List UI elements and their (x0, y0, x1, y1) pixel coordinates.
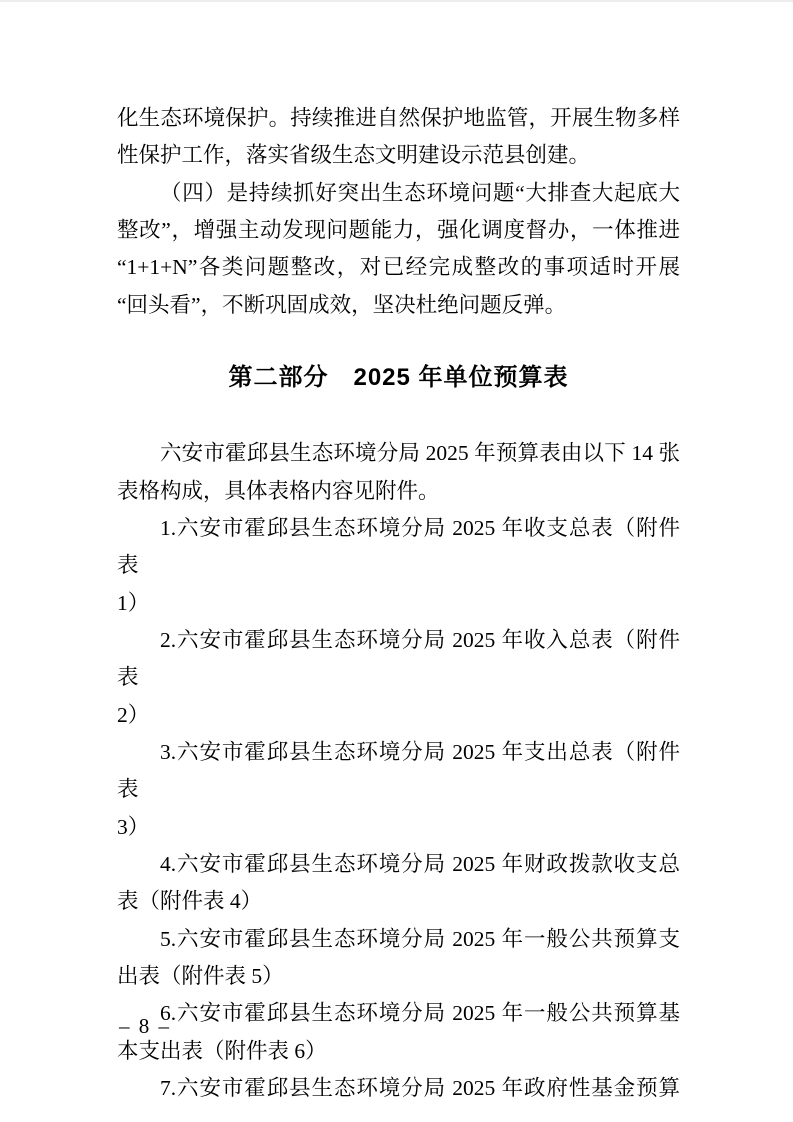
paragraph-line: 化生态环境保护。持续推进自然保护地监管，开展生物多样 (117, 100, 680, 137)
budget-table-list-item: 2.六安市霍邱县生态环境分局 2025 年收入总表（附件表 2） (117, 622, 680, 734)
list-item-line: 2.六安市霍邱县生态环境分局 2025 年收入总表（附件表 (117, 622, 680, 697)
section-heading: 第二部分 2025 年单位预算表 (117, 359, 680, 396)
paragraph-line: 性保护工作，落实省级生态文明建设示范县创建。 (117, 137, 680, 174)
budget-table-list-item: 4.六安市霍邱县生态环境分局 2025 年财政拨款收支总 表（附件表 4） (117, 846, 680, 921)
list-item-line: 1.六安市霍邱县生态环境分局 2025 年收支总表（附件表 (117, 510, 680, 585)
paragraph-line: 六安市霍邱县生态环境分局 2025 年预算表由以下 14 张 (117, 435, 680, 472)
budget-table-list-item: 7.六安市霍邱县生态环境分局 2025 年政府性基金预算 (117, 1070, 680, 1107)
list-item-line: 3.六安市霍邱县生态环境分局 2025 年支出总表（附件表 (117, 734, 680, 809)
budget-table-list-item: 5.六安市霍邱县生态环境分局 2025 年一般公共预算支 出表（附件表 5） (117, 921, 680, 996)
paragraph-line: “回头看”，不断巩固成效，坚决杜绝问题反弹。 (117, 287, 680, 324)
list-item-line: 本支出表（附件表 6） (117, 1033, 680, 1070)
list-item-line: 5.六安市霍邱县生态环境分局 2025 年一般公共预算支 (117, 921, 680, 958)
list-item-line: 4.六安市霍邱县生态环境分局 2025 年财政拨款收支总 (117, 846, 680, 883)
document-body: 化生态环境保护。持续推进自然保护地监管，开展生物多样 性保护工作，落实省级生态文… (117, 100, 680, 1107)
document-page: 化生态环境保护。持续推进自然保护地监管，开展生物多样 性保护工作，落实省级生态文… (0, 0, 793, 1122)
list-item-line: 1） (117, 585, 680, 622)
paragraph-line: 整改”，增强主动发现问题能力，强化调度督办，一体推进 (117, 212, 680, 249)
list-item-line: 7.六安市霍邱县生态环境分局 2025 年政府性基金预算 (117, 1070, 680, 1107)
list-item-line: 3） (117, 809, 680, 846)
paragraph-line: 表格构成，具体表格内容见附件。 (117, 473, 680, 510)
paragraph-line: （四）是持续抓好突出生态环境问题“大排查大起底大 (117, 175, 680, 212)
budget-table-list-item: 6.六安市霍邱县生态环境分局 2025 年一般公共预算基 本支出表（附件表 6） (117, 995, 680, 1070)
list-item-line: 2） (117, 697, 680, 734)
budget-table-list-item: 1.六安市霍邱县生态环境分局 2025 年收支总表（附件表 1） (117, 510, 680, 622)
budget-table-list-item: 3.六安市霍邱县生态环境分局 2025 年支出总表（附件表 3） (117, 734, 680, 846)
list-item-line: 出表（附件表 5） (117, 958, 680, 995)
paragraph-line: “1+1+N”各类问题整改，对已经完成整改的事项适时开展 (117, 249, 680, 286)
page-number: – 8 – (119, 1012, 171, 1040)
list-item-line: 6.六安市霍邱县生态环境分局 2025 年一般公共预算基 (117, 995, 680, 1032)
list-item-line: 表（附件表 4） (117, 883, 680, 920)
budget-table-list: 1.六安市霍邱县生态环境分局 2025 年收支总表（附件表 1） 2.六安市霍邱… (117, 510, 680, 1107)
